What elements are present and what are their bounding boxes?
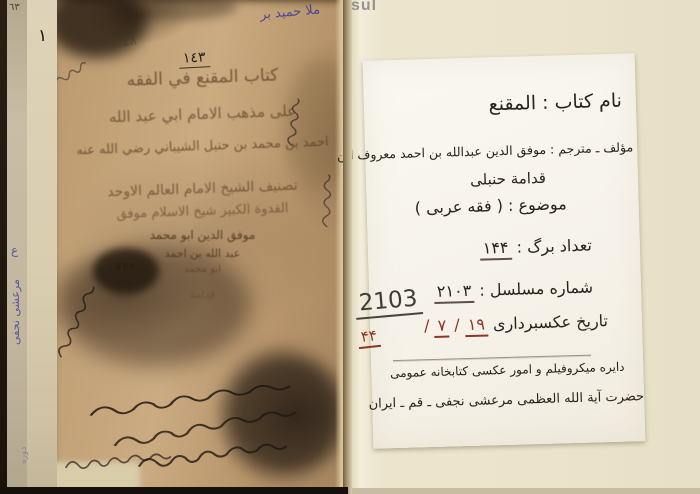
date-label: تاريخ عكسبردارى bbox=[493, 311, 609, 333]
catalog-card: نام كتاب : المقنع مؤلف ـ مترجم : موفق ال… bbox=[363, 53, 646, 448]
date-separator: / bbox=[424, 316, 430, 335]
watermark-text: sul bbox=[351, 0, 377, 15]
card-author-line1: مؤلف ـ مترجم : موفق الدين عبدالله بن احم… bbox=[337, 139, 634, 162]
folio-badge: ١ bbox=[38, 26, 47, 46]
leaf-count-label: تعداد برگ : bbox=[516, 236, 592, 257]
title-line: تصنيف الشيخ الامام العالم الاوحد bbox=[57, 176, 348, 202]
manuscript-page: ٤٨ ١٤٣ ملا حميد بر كتاب المقنع في الفقه … bbox=[57, 0, 348, 494]
card-subject: موضوع : ( فقه عربى ) bbox=[414, 194, 567, 217]
leaf-count-value: ۱۴۴ bbox=[479, 238, 511, 261]
date-month: ۷ bbox=[434, 316, 449, 338]
card-divider-line bbox=[393, 355, 591, 362]
facing-page: sul نام كتاب : المقنع مؤلف ـ مترجم : موف… bbox=[348, 0, 700, 494]
date-day: ۱۹ bbox=[464, 314, 488, 337]
binding-dark-edge bbox=[0, 0, 7, 494]
gutter-shadow bbox=[343, 0, 352, 494]
card-footer-line1: دايره ميكروفيلم و امور عكسى كتابخانه عمو… bbox=[371, 359, 643, 381]
card-book-name: نام كتاب : المقنع bbox=[488, 90, 622, 116]
title-line: موفق الدين ابو محمد bbox=[57, 228, 348, 242]
scan-bottom-edge bbox=[0, 487, 348, 494]
flyleaf-strip: ١ دوره bbox=[27, 0, 57, 494]
spine-bottom-note: دوره bbox=[19, 447, 29, 464]
card-author-line2: قدامة حنبلى bbox=[470, 169, 546, 189]
spine-top-number: ٦٣ bbox=[9, 2, 20, 13]
title-line: القدوة الكبير شيخ الاسلام موفق bbox=[57, 199, 348, 224]
date-separator: / bbox=[454, 315, 460, 334]
manuscript-scan-spread: ٤٨ ١٤٣ ملا حميد بر كتاب المقنع في الفقه … bbox=[0, 0, 700, 494]
date-year: ۴۴ bbox=[357, 326, 381, 349]
card-serial-number: شماره مسلسل : ۲۱۰۳ bbox=[434, 278, 594, 301]
owner-note-blue: ملا حميد بر bbox=[259, 2, 320, 22]
scan-bottom-strip bbox=[348, 488, 700, 494]
binding-strip: ٦٣ ع مرعشى نجفى bbox=[7, 0, 27, 494]
folio-number: ١٤٣ bbox=[179, 49, 210, 69]
serial-label: شماره مسلسل : bbox=[479, 278, 593, 300]
card-leaf-count: تعداد برگ : ۱۴۴ bbox=[479, 236, 592, 258]
pencil-serial-number: 2103 bbox=[354, 285, 423, 320]
card-footer-line2: حضرت آية الله العظمى مرعشى نجفى ـ قم ـ ا… bbox=[372, 389, 644, 412]
serial-value: ۲۱۰۳ bbox=[434, 281, 475, 304]
card-photo-date: تاريخ عكسبردارى ۱۹ / ۷ / bbox=[424, 311, 608, 335]
spine-blue-mark: ع bbox=[11, 243, 18, 257]
spine-vertical-title: مرعشى نجفى bbox=[9, 279, 22, 345]
